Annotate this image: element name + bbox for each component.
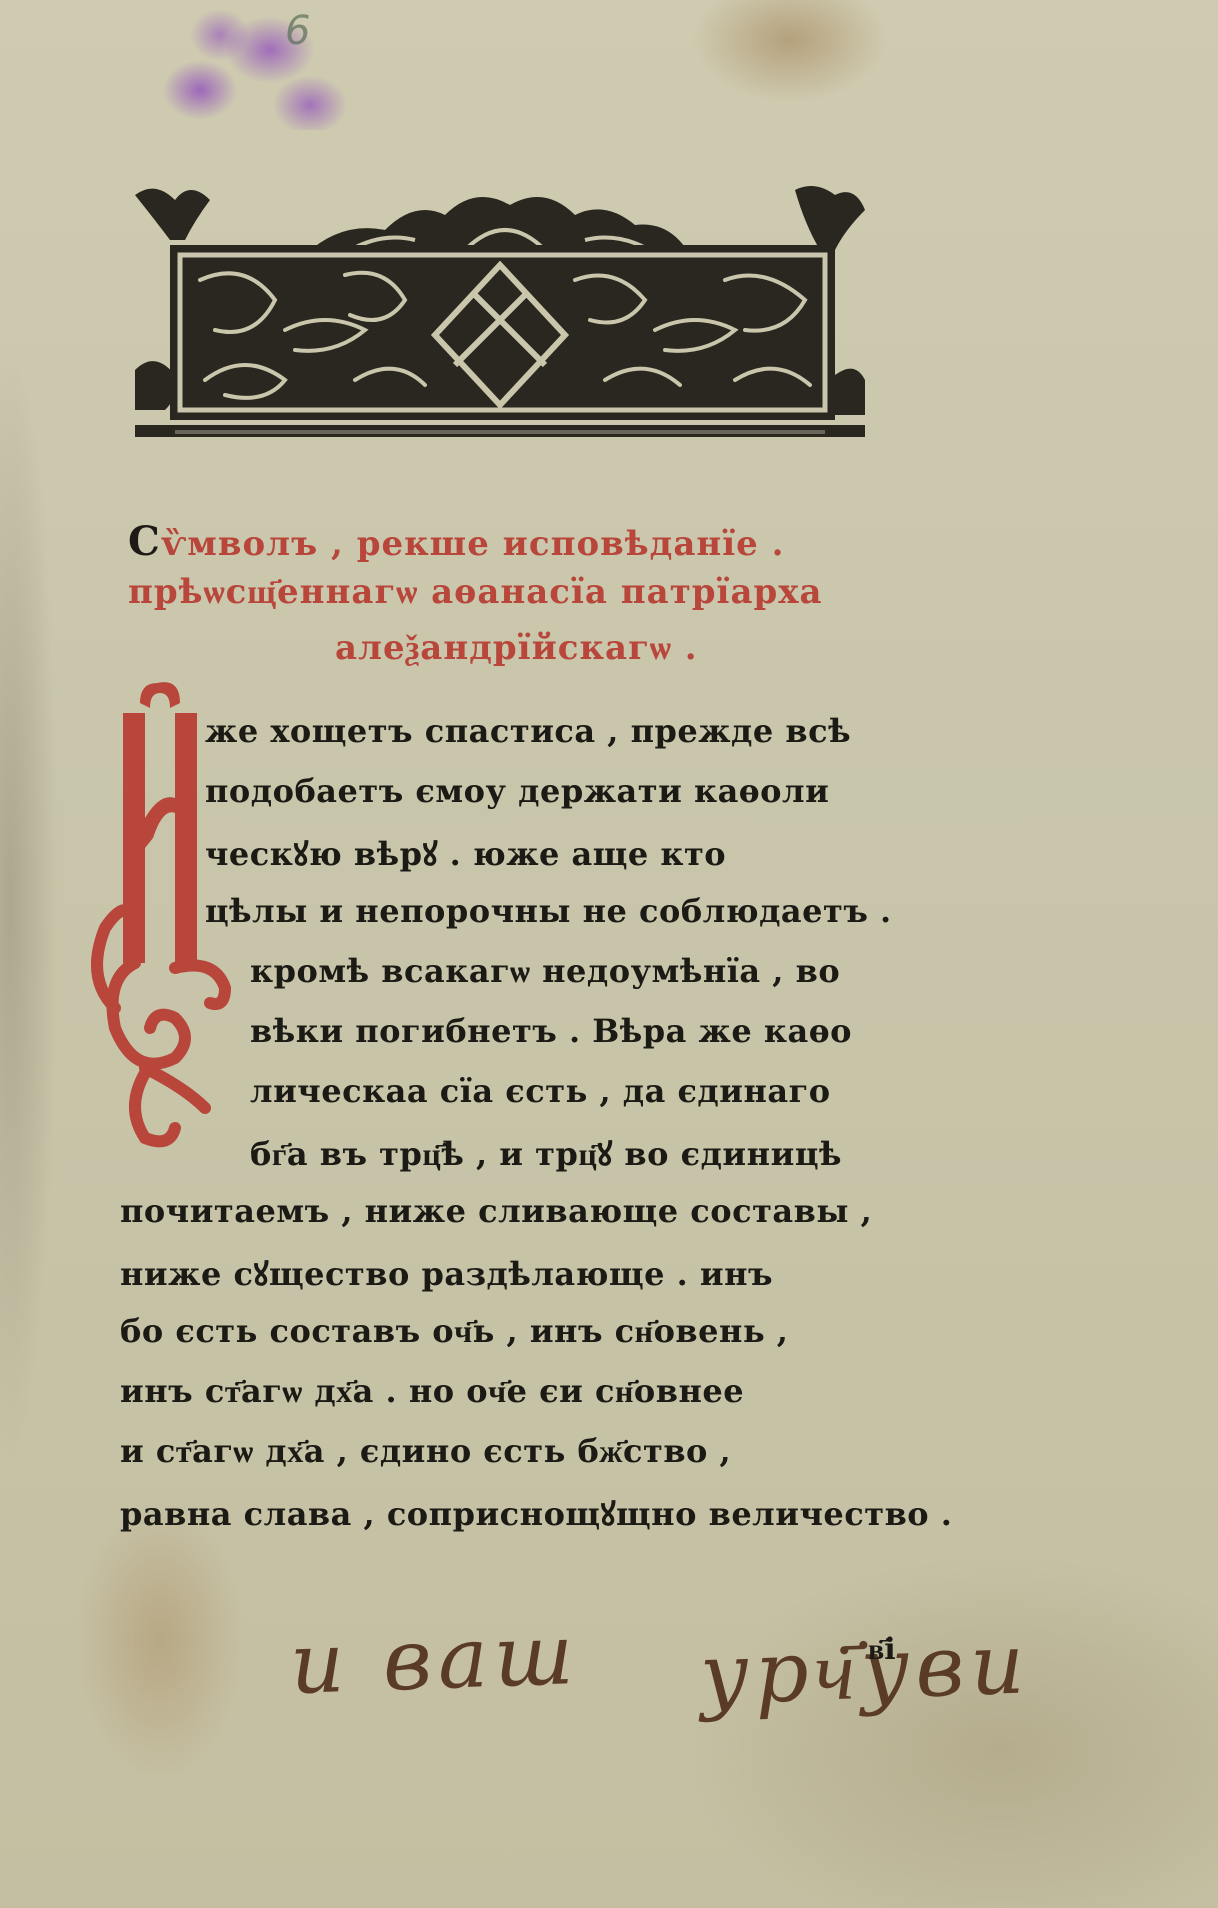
library-stamp [160,10,350,130]
title-text-1: ѷмволъ , рекше исповѣданїе . [161,524,785,564]
woodcut-headpiece-ornament [135,180,865,445]
body-line: вѣки погибнетъ . Вѣра же каѳо [250,1012,905,1050]
body-line: кромѣ всакагѡ недоумѣнїа , во [250,952,905,990]
body-line: и ст҃агѡ дх҃а , єдино єсть бж҃ство , [120,1432,905,1470]
body-line: же хощетъ спастиса , прежде всѣ [205,712,905,750]
pencil-shelf-mark: 6 [285,8,310,54]
body-line: бг҃а въ трц҃ѣ , и трц҃ꙋ во єдиницѣ [250,1132,905,1175]
title-initial: С [128,518,161,565]
body-line: лическаа сїа єсть , да єдинаго [250,1072,905,1110]
body-line: ниже сꙋщество раздѣлающе . инъ [120,1252,905,1295]
handwritten-inscription-left: и ваш [288,1605,581,1713]
body-line: бо єсть составъ оч҃ь , инъ сн҃овень , [120,1312,905,1350]
body-line: цѣлы и непорочны не соблюдаетъ . [205,892,905,930]
title-line-1: Сѷмволъ , рекше исповѣданїе . [128,518,908,565]
page-number: в҃і [868,1632,896,1667]
body-line: ческꙋю вѣрꙋ . юже аще кто [205,832,905,875]
body-line: почитаемъ , ниже сливающе составы , [120,1192,905,1230]
title-line-2: прѣѡсщ҃еннагѡ аѳанасїа патрїарха [128,572,908,612]
handwritten-inscription-right: урч҃уви [698,1614,1032,1724]
body-line: инъ ст҃агѡ дх҃а . но оч҃е єи сн҃овнее [120,1372,905,1410]
body-line: подобаетъ ємоу держати каѳоли [205,772,905,810]
body-line: равна слава , соприснощꙋщно величество . [120,1492,905,1535]
title-line-3: алеѯандрїйскагѡ . [335,628,1115,668]
